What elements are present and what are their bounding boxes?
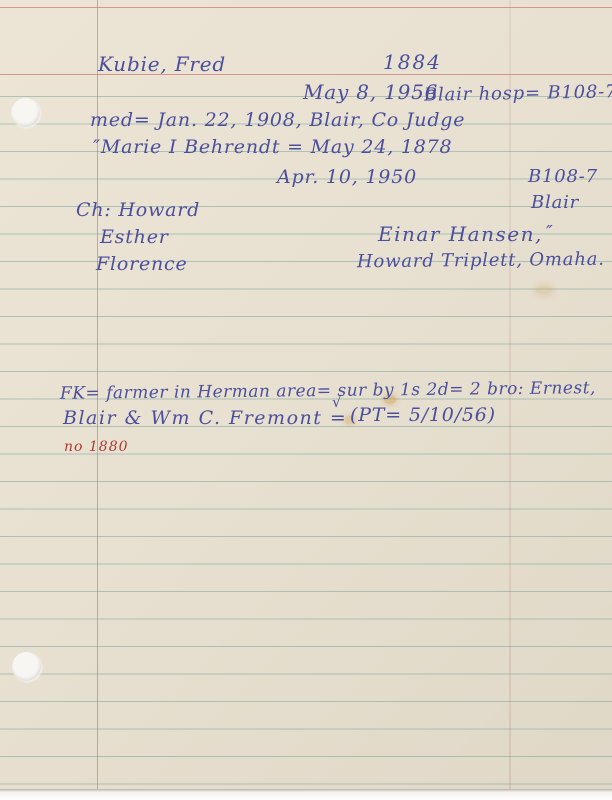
hole-punch-top (11, 98, 40, 127)
stain (536, 286, 552, 294)
header-margin-line (0, 74, 612, 75)
children-line: Ch: Howard (76, 201, 200, 220)
record-place: Blair (531, 194, 579, 212)
death-date: May 8, 1956 (303, 82, 438, 102)
person-name: Kubie, Fred (98, 54, 226, 74)
page-bottom-edge (0, 789, 612, 800)
notebook-page: Kubie, Fred 1884 May 8, 1956 Blair hosp=… (0, 0, 612, 800)
biography-note-line-1: FK= farmer in Herman area= sur by 1s 2d=… (60, 380, 596, 403)
paper-crease (509, 0, 511, 800)
source-citation: (PT= 5/10/56) (350, 406, 496, 425)
top-margin-line (0, 7, 612, 8)
hole-punch-bottom (12, 652, 41, 681)
biography-note-line-2: Blair & Wm C. Fremont = (63, 409, 347, 428)
marriage-line: med= Jan. 22, 1908, Blair, Co Judge (90, 111, 465, 130)
child-spouse-name-1: Einar Hansen, (378, 224, 543, 244)
checkmark: √ (332, 395, 342, 410)
birth-year: 1884 (383, 52, 442, 72)
child-spouse-name-2: Howard Triplett, Omaha. (357, 251, 605, 272)
death-reference: Blair hosp= B108-7 (424, 83, 612, 104)
child-name-florence: Florence (96, 255, 188, 274)
spouse-death-date: Apr. 10, 1950 (277, 168, 417, 187)
red-annotation: no 1880 (64, 440, 129, 454)
spouse-line: ″Marie I Behrendt = May 24, 1878 (93, 138, 452, 157)
child-name-esther: Esther (100, 228, 169, 247)
record-reference: B108-7 (528, 168, 598, 186)
ditto-mark: ″ (546, 224, 554, 242)
